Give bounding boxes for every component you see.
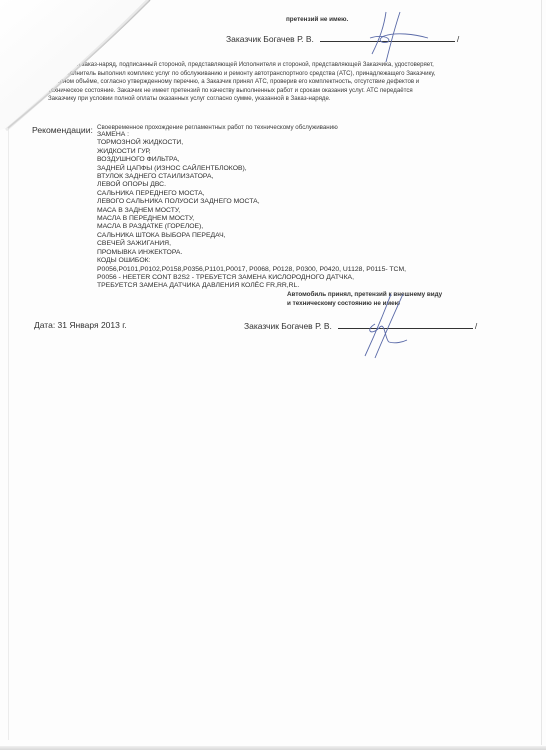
list-item: МАСА В ЗАДНЕМ МОСТУ, <box>97 207 406 215</box>
acceptance-line: и техническому состоянию не имею <box>287 300 442 309</box>
list-item: КОДЫ ОШИБОК: <box>97 257 406 265</box>
list-item: ЛЕВОЙ ОПОРЫ ДВС. <box>97 181 406 189</box>
folded-corner <box>0 0 546 750</box>
list-item: ЖИДКОСТИ ГУР, <box>97 148 406 156</box>
paper-edge-left <box>8 120 9 740</box>
signature-underline <box>320 33 455 42</box>
recommendations-list: ЗАМЕНА : ТОРМОЗНОЙ ЖИДКОСТИ, ЖИДКОСТИ ГУ… <box>97 131 406 291</box>
paragraph-line: Заказчику при условии полной оплаты оказ… <box>48 95 435 104</box>
list-item: МАСЛА В ПЕРЕДНЕМ МОСТУ, <box>97 215 406 223</box>
list-item: ТОРМОЗНОЙ ЖИДКОСТИ, <box>97 139 406 147</box>
list-item: ПРОМЫВКА ИНЖЕКТОРА. <box>97 249 406 257</box>
recommendations-label: Рекомендации: <box>32 125 93 135</box>
paragraph-line: что Исполнитель выполнил комплекс услуг … <box>48 70 435 79</box>
list-item: ЗАДНЕЙ ЦАПФЫ (ИЗНОС САЙЛЕНТБЛОКОВ), <box>97 165 406 173</box>
list-item: МАСЛА В РАЗДАТКЕ (ГОРЕЛОЕ), <box>97 223 406 231</box>
error-codes-line: P0056,P0101,P0102,P0158,P0356,P1101,P001… <box>97 266 406 274</box>
list-item: САЛЬНИКА ПЕРЕДНЕГО МОСТА, <box>97 190 406 198</box>
slash: / <box>457 34 459 44</box>
error-codes-line: ТРЕБУЕТСЯ ЗАМЕНА ДАТЧИКА ДАВЛЕНИЯ КОЛЁС … <box>97 282 406 290</box>
paragraph-line: в полном объёме, согласно утвержденному … <box>48 78 435 87</box>
customer-name: Заказчик Богачев Р. В. <box>244 321 332 331</box>
contract-paragraph: Настоящий заказ-наряд, подписанный сторо… <box>48 61 435 104</box>
list-item: ВОЗДУШНОГО ФИЛЬТРА, <box>97 156 406 164</box>
document-date: Дата: 31 Января 2013 г. <box>34 320 127 330</box>
document-page: претензий не имею. Заказчик Богачев Р. В… <box>0 0 546 750</box>
bottom-customer-signature-line: Заказчик Богачев Р. В./ <box>244 320 477 331</box>
paragraph-line: техническое состояние. Заказчик не имеет… <box>48 87 435 96</box>
customer-name: Заказчик Богачев Р. В. <box>226 34 314 44</box>
acceptance-line: Автомобиль принял, претензий к внешнему … <box>287 291 442 300</box>
no-claims-text: претензий не имею. <box>286 16 348 23</box>
paragraph-line: Настоящий заказ-наряд, подписанный сторо… <box>48 61 435 70</box>
list-item: ЛЕВОГО САЛЬНИКА ПОЛУОСИ ЗАДНЕГО МОСТА, <box>97 198 406 206</box>
signature-underline <box>338 320 473 329</box>
slash: / <box>475 321 477 331</box>
recommendations-intro: Своевременное прохождение регламентных р… <box>97 124 338 131</box>
paper-edge-right <box>541 0 542 745</box>
top-customer-signature-line: Заказчик Богачев Р. В./ <box>226 33 459 44</box>
paper-edge-bottom <box>0 746 546 750</box>
list-item: СВЕЧЕЙ ЗАЖИГАНИЯ, <box>97 240 406 248</box>
acceptance-statement: Автомобиль принял, претензий к внешнему … <box>287 291 442 308</box>
